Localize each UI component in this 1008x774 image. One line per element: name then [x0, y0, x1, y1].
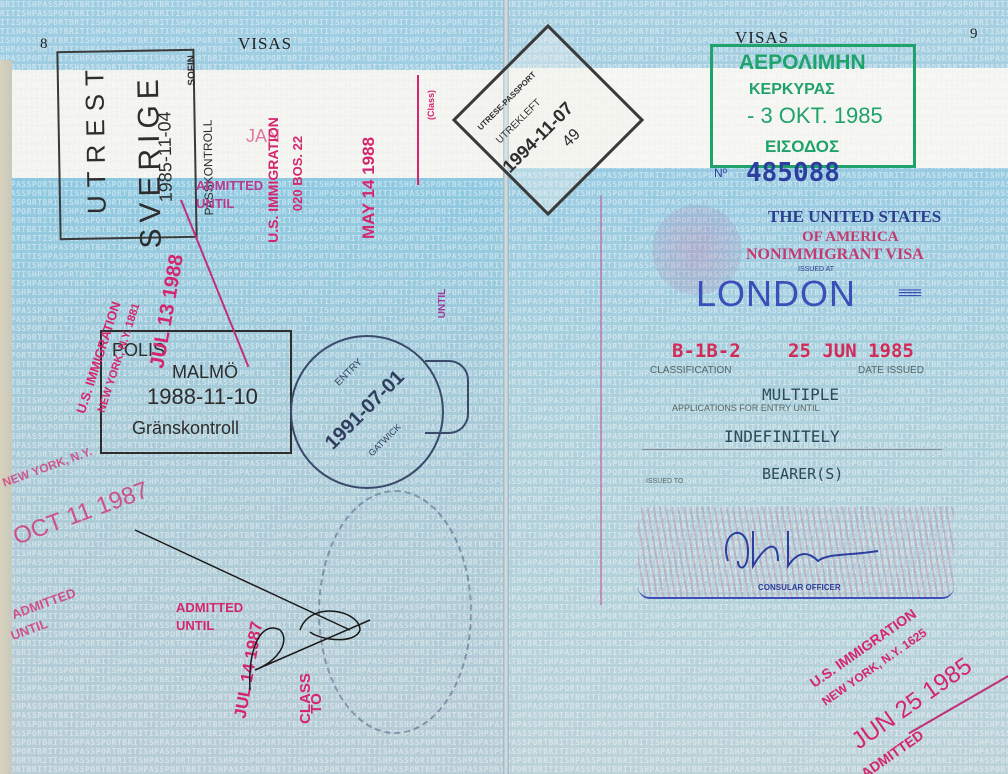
visa-title-3: NONIMMIGRANT VISA — [746, 246, 924, 264]
us-immigration-bos-stamp: U.S. IMMIGRATION — [265, 117, 281, 243]
applications-label: APPLICATIONS FOR ENTRY UNTIL — [672, 403, 820, 413]
cancel-marks: ≡≡≡ — [898, 285, 920, 303]
class-line — [417, 75, 419, 185]
page-heading-left: VISAS — [238, 34, 292, 54]
stamp-number: 49 — [559, 126, 584, 151]
stamp-airport: ΑΕΡΟΛΙΜΗΝ — [739, 51, 866, 75]
us-visa-foil: THE UNITED STATES OF AMERICA NONIMMIGRAN… — [600, 195, 954, 605]
stamp-city: MALMÖ — [172, 362, 238, 383]
visa-bearer: BEARER(S) — [762, 465, 843, 483]
divider — [642, 449, 942, 450]
signature-left — [130, 520, 380, 700]
visa-entries: MULTIPLE — [762, 385, 839, 404]
us-immigration-bos-office: 020 BOS. 22 — [290, 136, 305, 211]
consular-signature — [708, 511, 908, 581]
stamp-date: 1985-11-04 — [154, 111, 177, 202]
stamp-date: - 3 OKT. 1985 — [747, 103, 883, 129]
consular-officer-block: CONSULAR OFFICER — [638, 507, 954, 599]
stamp-entry: ENTRY — [333, 357, 365, 389]
us-immigration-bos-date: MAY 14 1988 — [359, 137, 379, 239]
until-label: UNTIL — [196, 196, 234, 211]
page-number-left: 8 — [40, 36, 48, 53]
page-edge — [0, 60, 12, 774]
stamp-direction: UTREST — [79, 62, 113, 215]
visa-date-issued: 25 JUN 1985 — [788, 340, 914, 362]
stamp-airport: GATWICK — [367, 422, 403, 458]
visa-valid-until: INDEFINITELY — [724, 427, 840, 446]
visa-classification: B-1B-2 — [672, 340, 741, 362]
gatwick-stamp-tab — [425, 360, 469, 434]
stamp-date: 1988-11-10 — [147, 384, 258, 410]
stamp-entry: ΕΙΣΟΔΟΣ — [765, 137, 839, 157]
visa-title-2: OF AMERICA — [802, 229, 899, 246]
issued-at-city: LONDON — [696, 273, 856, 315]
consular-officer-label: CONSULAR OFFICER — [758, 583, 841, 592]
page-number-right: 9 — [970, 26, 978, 43]
until-label-2: UNTIL — [437, 289, 448, 318]
date-issued-label: DATE ISSUED — [858, 365, 924, 376]
visa-title-1: THE UNITED STATES — [768, 207, 941, 227]
admitted-label: ADMITTED — [196, 178, 263, 193]
greek-entry-stamp: ΑΕΡΟΛΙΜΗΝ ΚΕΡΚΥΡΑΣ - 3 OKT. 1985 ΕΙΣΟΔΟΣ — [710, 44, 916, 168]
malmo-stamp: POLIS MALMÖ 1988-11-10 Gränskontroll — [100, 330, 292, 454]
stamp-office: Gränskontroll — [132, 418, 239, 439]
class-label: (Class) — [426, 90, 436, 120]
stamp-city: ΚΕΡΚΥΡΑΣ — [749, 81, 835, 99]
stamp-code: SOFIN — [186, 55, 198, 86]
gatwick-entry-stamp: 1991-07-01 ENTRY GATWICK — [290, 335, 444, 489]
issued-to-label: ISSUED TO — [646, 478, 683, 485]
visa-number: 485088 — [746, 158, 840, 188]
sweden-exit-stamp: SVERIGE UTREST SOFIN 1985-11-04 PASSKONT… — [56, 49, 197, 240]
classification-label: CLASSIFICATION — [650, 365, 732, 376]
issued-at-label: ISSUED AT — [798, 266, 834, 273]
visa-number-prefix: Nº — [714, 166, 727, 180]
